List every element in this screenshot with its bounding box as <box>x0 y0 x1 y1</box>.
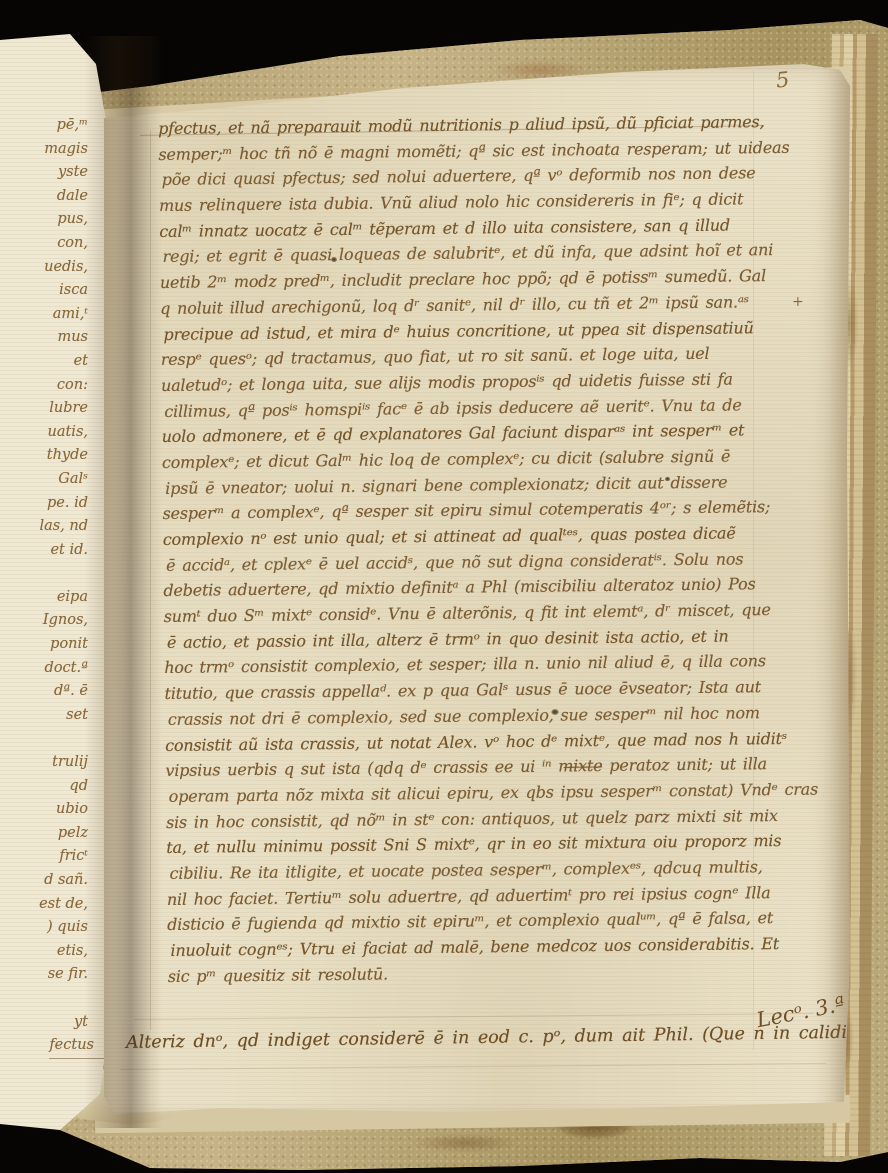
prev-page-fragment: yt <box>0 1011 104 1035</box>
prev-page-fragment: trulij <box>0 751 104 775</box>
prev-page-fragment: dale <box>0 185 104 209</box>
prev-page-fragment: yste <box>0 161 104 185</box>
prev-page-fragment: est de, <box>0 893 104 917</box>
prev-page-fragment: etis, <box>0 940 104 964</box>
prev-page-fragment: eipa <box>0 586 104 610</box>
manuscript-scan: pē,ᵐmagisystedalepus,con,uedis,iscaami,ᵗ… <box>0 0 888 1173</box>
prev-page-fragment: con: <box>0 374 104 398</box>
prev-page-fragment: d sañ. <box>0 869 104 893</box>
prev-page-fragment: pus, <box>0 208 104 232</box>
prev-page-fragment: uedis, <box>0 256 104 280</box>
prev-page-fragment: las, nd <box>0 515 104 539</box>
prev-page-fragment: thyde <box>0 444 104 468</box>
prev-page-fragment: Galˢ <box>0 468 104 492</box>
prev-page-fragment: doct.ª <box>0 657 104 681</box>
ruled-line-bottom-second <box>120 1063 826 1070</box>
marginal-cross-mark: + <box>792 294 804 310</box>
prev-page-fragment: pē,ᵐ <box>0 114 104 138</box>
folio-number: 5 <box>775 67 791 92</box>
prev-page-fragment: uatis, <box>0 421 104 445</box>
prev-page-fragment: lubre <box>0 397 104 421</box>
prev-page-fragment: ami,ᵗ <box>0 303 104 327</box>
main-manuscript-page: 5 pfectus, et nã preparauit modũ nutriti… <box>104 56 850 1134</box>
prev-page-fragment <box>0 987 104 1011</box>
prev-page-fragment: fricᵗ <box>0 845 104 869</box>
prev-page-fragment: con, <box>0 232 104 256</box>
prev-page-fragment: ) quis <box>0 916 104 940</box>
manuscript-text-block: pfectus, et nã preparauit modũ nutrition… <box>158 109 828 990</box>
prev-page-fragment: ubio <box>0 798 104 822</box>
prev-page-fragment: isca <box>0 279 104 303</box>
ink-blot <box>664 476 671 482</box>
prev-page-fragment: pe. id <box>0 492 104 516</box>
prev-page-fragment: dª. ē <box>0 680 104 704</box>
prev-page-fragment: Ignos, <box>0 609 104 633</box>
prev-page-fragment: fectus <box>49 1034 104 1059</box>
prev-page-fragment: et <box>0 350 104 374</box>
prev-page-fragment: magis <box>0 138 104 162</box>
prev-page-fragment <box>0 562 104 586</box>
ink-blot <box>330 256 338 263</box>
prev-page-line-endings: pē,ᵐmagisystedalepus,con,uedis,iscaami,ᵗ… <box>0 114 104 1059</box>
prev-page-fragment: et id. <box>0 539 104 563</box>
previous-page-sliver: pē,ᵐmagisystedalepus,con,uedis,iscaami,ᵗ… <box>0 34 118 1130</box>
prev-page-fragment <box>0 727 104 751</box>
ruled-line-bottom <box>134 1013 814 1020</box>
ink-blot <box>550 708 560 716</box>
prev-page-fragment: mus <box>0 326 104 350</box>
prev-page-fragment: set <box>0 704 104 728</box>
addendum-line: Alteriz dnᵒ, qd indiget considerē ē in e… <box>126 1023 826 1053</box>
prev-page-fragment: se fir. <box>0 963 104 987</box>
prev-page-fragment: pelz <box>0 822 104 846</box>
prev-page-fragment: qd <box>0 775 104 799</box>
prev-page-fragment: ponit <box>0 633 104 657</box>
ruled-line-left-margin <box>150 130 151 1030</box>
